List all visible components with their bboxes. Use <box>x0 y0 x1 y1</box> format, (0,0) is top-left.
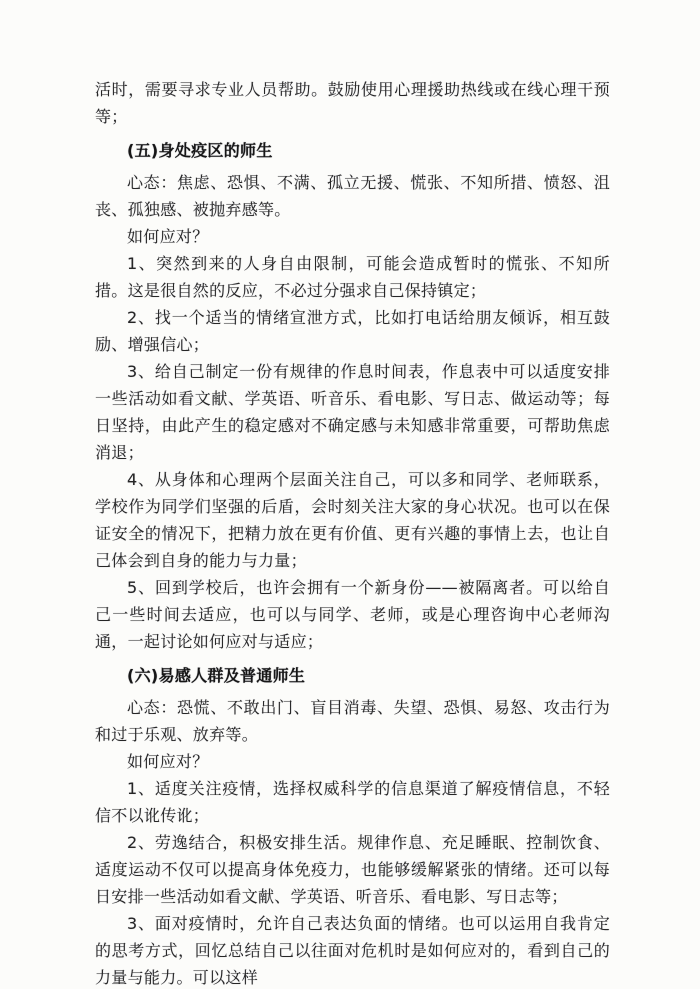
document-paragraph: 4、从身体和心理两个层面关注自己，可以多和同学、老师联系，学校作为同学们坚强的后… <box>95 466 610 574</box>
document-paragraph: 2、劳逸结合，积极安排生活。规律作息、充足睡眠、控制饮食、适度运动不仅可以提高身… <box>95 829 610 910</box>
document-paragraph: 如何应对？ <box>95 748 610 775</box>
document-text-block: 活时，需要寻求专业人员帮助。鼓励使用心理援助热线或在线心理干预等；(五)身处疫区… <box>95 76 610 989</box>
document-paragraph: 1、突然到来的人身自由限制，可能会造成暂时的慌张、不知所措。这是很自然的反应，不… <box>95 250 610 304</box>
document-paragraph: 3、面对疫情时，允许自己表达负面的情绪。也可以运用自我肯定的思考方式，回忆总结自… <box>95 910 610 989</box>
section-heading: (六)易感人群及普通师生 <box>95 662 610 689</box>
document-paragraph: 心态：焦虑、恐惧、不满、孤立无援、慌张、不知所措、愤怒、沮丧、孤独感、被抛弃感等… <box>95 169 610 223</box>
document-page: 活时，需要寻求专业人员帮助。鼓励使用心理援助热线或在线心理干预等；(五)身处疫区… <box>0 0 700 989</box>
section-heading: (五)身处疫区的师生 <box>95 137 610 164</box>
document-paragraph: 2、找一个适当的情绪宣泄方式，比如打电话给朋友倾诉，相互鼓励、增强信心； <box>95 304 610 358</box>
document-paragraph: 活时，需要寻求专业人员帮助。鼓励使用心理援助热线或在线心理干预等； <box>95 76 610 130</box>
document-paragraph: 5、回到学校后，也许会拥有一个新身份——被隔离者。可以给自己一些时间去适应，也可… <box>95 574 610 655</box>
document-paragraph: 心态：恐慌、不敢出门、盲目消毒、失望、恐惧、易怒、攻击行为和过于乐观、放弃等。 <box>95 694 610 748</box>
document-paragraph: 如何应对？ <box>95 223 610 250</box>
document-paragraph: 1、适度关注疫情，选择权威科学的信息渠道了解疫情信息，不轻信不以讹传讹； <box>95 775 610 829</box>
document-paragraph: 3、给自己制定一份有规律的作息时间表，作息表中可以适度安排一些活动如看文献、学英… <box>95 358 610 466</box>
